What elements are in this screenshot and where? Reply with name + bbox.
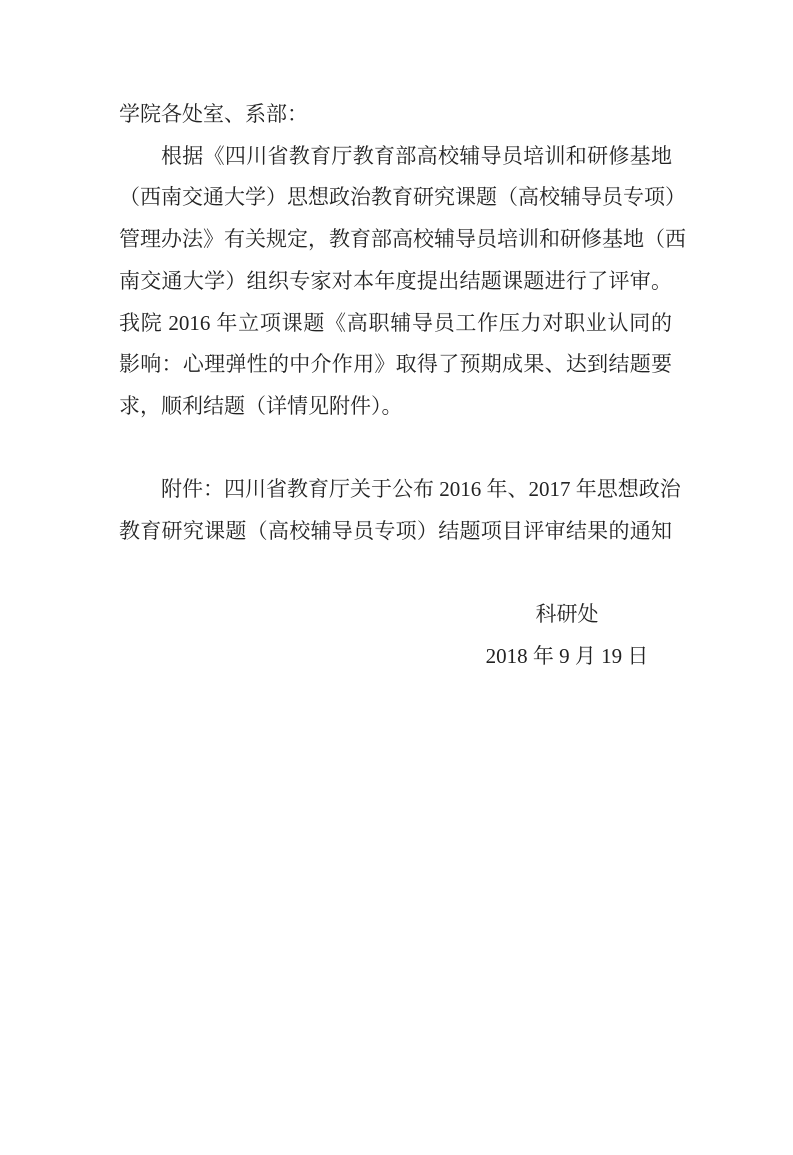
- document-content: 学院各处室、系部： 根据《四川省教育厅教育部高校辅导员培训和研修基地 （西南交通…: [119, 94, 672, 678]
- body-line-1: 根据《四川省教育厅教育部高校辅导员培训和研修基地: [119, 136, 672, 178]
- salutation-line: 学院各处室、系部：: [119, 94, 672, 136]
- blank-line: [119, 553, 672, 595]
- body-line-4: 南交通大学）组织专家对本年度提出结题课题进行了评审。: [119, 261, 672, 303]
- body-line-7: 求，顺利结题（详情见附件）。: [119, 386, 672, 428]
- document-page: 学院各处室、系部： 根据《四川省教育厅教育部高校辅导员培训和研修基地 （西南交通…: [0, 0, 793, 1155]
- body-line-2: （西南交通大学）思想政治教育研究课题（高校辅导员专项）: [119, 177, 672, 219]
- attachment-line-2: 教育研究课题（高校辅导员专项）结题项目评审结果的通知: [119, 511, 672, 553]
- blank-line: [119, 428, 672, 470]
- signature-date: 2018 年 9 月 19 日: [485, 636, 649, 678]
- signature-department: 科研处: [485, 594, 649, 636]
- signature-block: 科研处 2018 年 9 月 19 日: [485, 594, 649, 677]
- body-line-5: 我院 2016 年立项课题《高职辅导员工作压力对职业认同的: [119, 303, 672, 345]
- body-line-3: 管理办法》有关规定，教育部高校辅导员培训和研修基地（西: [119, 219, 672, 261]
- attachment-line-1: 附件：四川省教育厅关于公布 2016 年、2017 年思想政治: [119, 469, 672, 511]
- body-line-6: 影响：心理弹性的中介作用》取得了预期成果、达到结题要: [119, 344, 672, 386]
